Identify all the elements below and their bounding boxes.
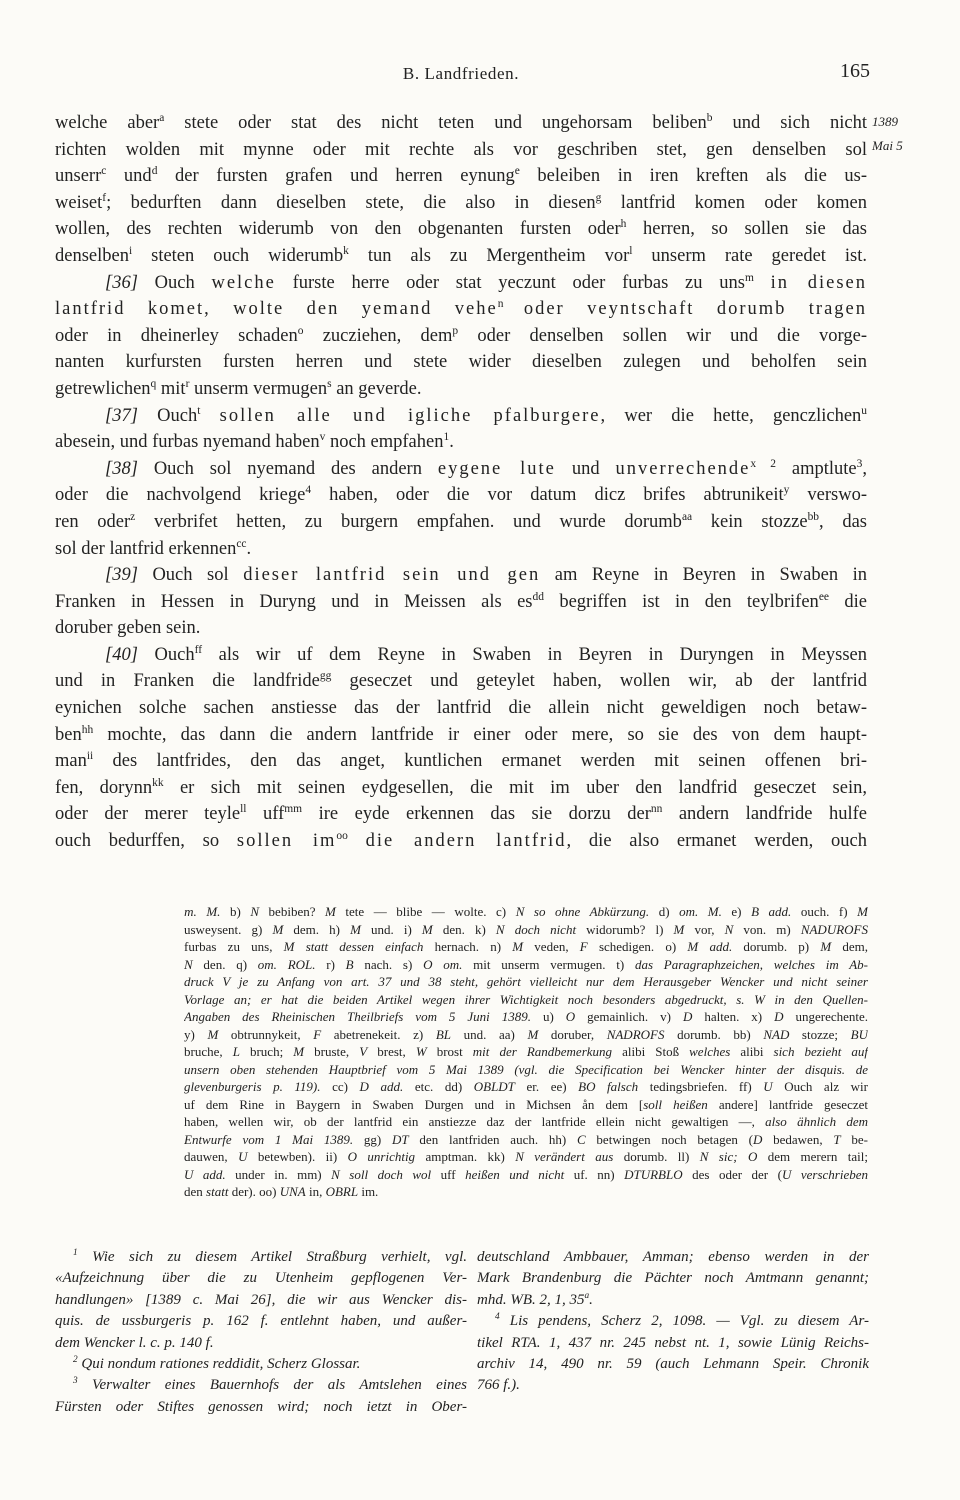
text-line: benhh mochte, das dann die andern lantfr…	[55, 722, 867, 749]
paragraph-38: [38] Ouch sol nyemand des andern eygene …	[55, 456, 867, 562]
text-line: nanten kurfursten fursten herren und ste…	[55, 349, 867, 376]
text-line: abesein, und furbas nyemand habenv noch …	[55, 429, 867, 456]
text-line: ouch bedurffen, so sollen imoo die ander…	[55, 828, 867, 855]
text-line: 4 Lis pendens, Scherz 2, 1098. — Vgl. zu…	[477, 1311, 869, 1332]
text-line: N den. q) om. ROL. r) B nach. s) O om. m…	[184, 956, 868, 974]
text-line: «Aufzeichnung über die zu Utenheim gepfl…	[55, 1268, 467, 1289]
running-header-title: B. Landfrieden.	[55, 64, 867, 84]
text-line: handlungen» [1389 c. Mai 26], die wir au…	[55, 1290, 467, 1311]
text-line: [37] Oucht sollen alle und igliche pfalb…	[55, 403, 867, 430]
text-line: doruber geben sein.20	[55, 615, 867, 642]
text-line: weisetf; bedurften dann dieselben stete,…	[55, 190, 867, 217]
main-text: welche abera stete oder stat des nicht t…	[55, 110, 867, 855]
text-line: bruche, L bruch; M bruste, V brest, W br…	[184, 1043, 868, 1061]
text-line: Fürsten oder Stiftes genossen wird; noch…	[55, 1397, 467, 1418]
text-line: uf dem Rine in Baygern in Swaben Durgen …	[184, 1096, 868, 1114]
paragraph-37: [37] Oucht sollen alle und igliche pfalb…	[55, 403, 867, 456]
text-line: usweysent. g) M dem. h) M und. i) M den.…	[184, 921, 868, 939]
margin-date-day: Mai 5	[872, 134, 952, 158]
text-line: glevenburgeris p. 119). cc) D add. etc. …	[184, 1078, 868, 1096]
text-line: unsern oben stehenden Hauptbrief vom 5 M…	[184, 1061, 868, 1079]
paragraph-40: [40] Ouchff als wir uf dem Reyne in Swab…	[55, 642, 867, 855]
text-line: richten wolden mit mynne oder mit rechte…	[55, 137, 867, 164]
paragraph-continuation: welche abera stete oder stat des nicht t…	[55, 110, 867, 270]
text-line: getrewlichenq mitr unserm vermugens an g…	[55, 376, 867, 403]
footnotes-left-column: 1 Wie sich zu diesem Artikel Straßburg v…	[55, 1247, 467, 1418]
text-line: mhd. WB. 2, 1, 35a.	[477, 1290, 869, 1311]
text-line: dauwen, U betewben). ii) O unrichtig amp…	[184, 1148, 868, 1166]
text-line: und in Franken die landfridegg geseczet …	[55, 668, 867, 695]
text-line: oder der merer teylell uffmm ire eyde er…	[55, 801, 867, 828]
text-line: 2 Qui nondum rationes reddidit, Scherz G…	[55, 1354, 467, 1375]
margin-date-note: 1389 Mai 5	[872, 110, 952, 158]
text-line: manii des lantfrides, den das anget, kun…	[55, 748, 867, 775]
critical-apparatus: a) om. M. b) N bebiben? M tete — blibe —…	[158, 903, 868, 1201]
margin-date-year: 1389	[872, 110, 952, 134]
text-line: 3 Verwalter eines Bauernhofs der als Amt…	[55, 1375, 467, 1396]
text-line: quis. de ussburgeris p. 162 f. entlehnt …	[55, 1311, 467, 1332]
footnotes-right-column: deutschland Ambbauer, Amman; ebenso werd…	[477, 1247, 869, 1397]
page-number: 165	[820, 60, 870, 83]
text-line: oder in dheinerley schadeno zucziehen, d…	[55, 323, 867, 350]
text-line: Entwurfe vom 1 Mai 1389. gg) DT den lant…	[184, 1131, 868, 1149]
text-line: Franken in Hessen in Duryng und in Meiss…	[55, 589, 867, 616]
text-line: tikel RTA. 1, 437 nr. 245 nebst nt. 1, s…	[477, 1333, 869, 1354]
text-line: y) M obtrunnykeit, F abetrenekeit. z) BL…	[184, 1026, 868, 1044]
text-line: deutschland Ambbauer, Amman; ebenso werd…	[477, 1247, 869, 1268]
text-line: eynichen solche sachen anstiesse das der…	[55, 695, 867, 722]
text-line: Angaben des Rheinischen Theilbriefs vom …	[184, 1008, 868, 1026]
paragraph-39: [39] Ouch sol dieser lantfrid sein und g…	[55, 562, 867, 642]
text-line: den statt der). oo) UNA in, OBRL im.45	[184, 1183, 868, 1201]
text-line: wollen, des rechten widerumb von den obg…	[55, 216, 867, 243]
text-line: [36] Ouch welche furste herre oder stat …	[55, 270, 867, 297]
text-line: 766 f.).	[477, 1375, 869, 1396]
text-line: sol der lantfrid erkennencc.	[55, 536, 867, 563]
text-line: [39] Ouch sol dieser lantfrid sein und g…	[55, 562, 867, 589]
text-line: oder die nachvolgend kriege4 haben, oder…	[55, 482, 867, 509]
text-line: dem Wencker l. c. p. 140 f.50	[55, 1333, 467, 1354]
text-line: archiv 14, 490 nr. 59 (auch Lehmann Spei…	[477, 1354, 869, 1375]
text-line: denselbeni steten ouch widerumbk tun als…	[55, 243, 867, 270]
text-line: [40] Ouchff als wir uf dem Reyne in Swab…	[55, 642, 867, 669]
paragraph-36: [36] Ouch welche furste herre oder stat …	[55, 270, 867, 403]
text-line: welche abera stete oder stat des nicht t…	[55, 110, 867, 137]
text-line: Vorlage an; er hat die beiden Artikel we…	[184, 991, 868, 1009]
text-line: [38] Ouch sol nyemand des andern eygene …	[55, 456, 867, 483]
text-line: druck V je zu Anfang von art. 37 und 38 …	[184, 973, 868, 991]
text-line: furbas zu uns, M statt dessen einfach he…	[184, 938, 868, 956]
text-line: fen, dorynnkk er sich mit seinen eydgese…	[55, 775, 867, 802]
text-line: lantfrid komet, wolte den yemand vehen o…	[55, 296, 867, 323]
text-line: 1 Wie sich zu diesem Artikel Straßburg v…	[55, 1247, 467, 1268]
text-line: unserrc undd der fursten grafen und herr…	[55, 163, 867, 190]
text-line: Mark Brandenburg die Pächter noch Amtman…	[477, 1268, 869, 1289]
text-line: ren oderz verbrifet hetten, zu burgern e…	[55, 509, 867, 536]
text-line: a) om. M. b) N bebiben? M tete — blibe —…	[184, 903, 868, 921]
text-line: haben, wellen wir, ob der lantfrid ein a…	[184, 1113, 868, 1131]
text-line: U add. under in. mm) N soll doch wol uff…	[184, 1166, 868, 1184]
book-page: B. Landfrieden. 165 1389 Mai 5 welche ab…	[0, 0, 960, 1500]
